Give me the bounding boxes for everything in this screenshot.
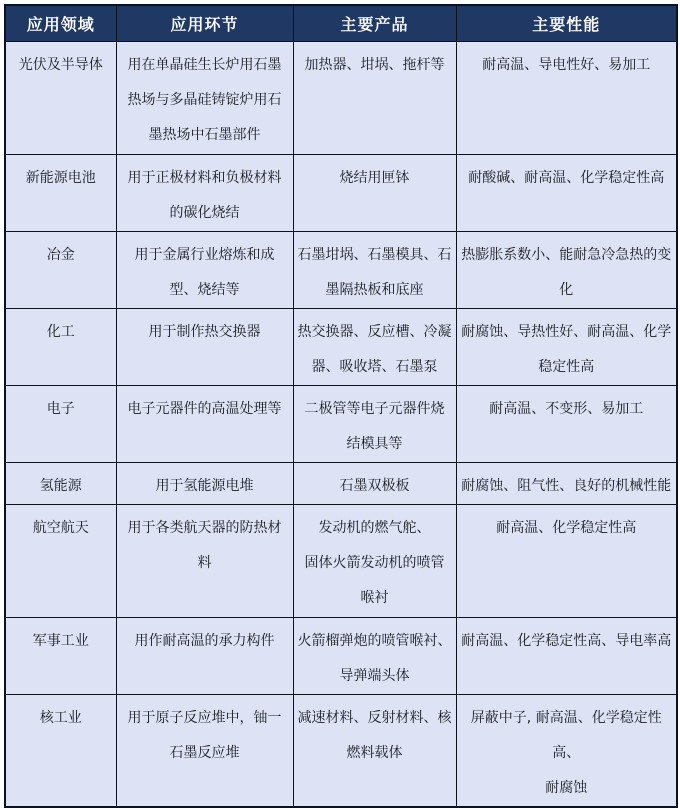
cell-products: 加热器、坩埚、拖杆等 [293,41,456,154]
table-row: 军事工业 用作耐高温的承力构件 火箭榴弹炮的喷管喉衬、 导弹端头体 耐高温、化学… [5,617,677,694]
column-header-field: 应用领域 [5,5,116,41]
cell-products: 二极管等电子元器件烧 结模具等 [293,385,456,462]
cell-field: 冶金 [5,231,116,308]
cell-properties: 耐高温、导电性好、易加工 [456,41,677,154]
cell-properties: 屏蔽中子, 耐高温、化学稳定性高、 耐腐蚀 [456,694,677,807]
cell-field: 氢能源 [5,462,116,504]
cell-properties: 耐腐蚀、阻气性、良好的机械性能 [456,462,677,504]
cell-products: 烧结用匣钵 [293,154,456,231]
graphite-applications-table: 应用领域 应用环节 主要产品 主要性能 光伏及半导体 用在单晶硅生长炉用石墨 热… [4,4,678,808]
cell-properties: 热膨胀系数小、能耐急冷急热的变 化 [456,231,677,308]
cell-products: 石墨坩埚、石墨模具、石 墨隔热板和底座 [293,231,456,308]
cell-stage: 用于氢能源电堆 [116,462,293,504]
cell-products: 发动机的燃气舵、 固体火箭发动机的喷管 喉衬 [293,504,456,617]
cell-properties: 耐酸碱、耐高温、化学稳定性高 [456,154,677,231]
cell-properties: 耐腐蚀、导热性好、耐高温、化学 稳定性高 [456,308,677,385]
column-header-properties: 主要性能 [456,5,677,41]
table-row: 航空航天 用于各类航天器的防热材 料 发动机的燃气舵、 固体火箭发动机的喷管 喉… [5,504,677,617]
cell-field: 核工业 [5,694,116,807]
table-row: 化工 用于制作热交换器 热交换器、反应槽、冷凝 器、吸收塔、石墨泵 耐腐蚀、导热… [5,308,677,385]
cell-properties: 耐高温、不变形、易加工 [456,385,677,462]
header-row: 应用领域 应用环节 主要产品 主要性能 [5,5,677,41]
cell-field: 化工 [5,308,116,385]
cell-field: 航空航天 [5,504,116,617]
cell-products: 石墨双极板 [293,462,456,504]
cell-products: 热交换器、反应槽、冷凝 器、吸收塔、石墨泵 [293,308,456,385]
cell-field: 军事工业 [5,617,116,694]
cell-field: 光伏及半导体 [5,41,116,154]
cell-field: 新能源电池 [5,154,116,231]
cell-products: 火箭榴弹炮的喷管喉衬、 导弹端头体 [293,617,456,694]
cell-stage: 用作耐高温的承力构件 [116,617,293,694]
table-row: 新能源电池 用于正极材料和负极材料 的碳化烧结 烧结用匣钵 耐酸碱、耐高温、化学… [5,154,677,231]
cell-stage: 用于各类航天器的防热材 料 [116,504,293,617]
cell-products: 减速材料、反射材料、核 燃料载体 [293,694,456,807]
page: 应用领域 应用环节 主要产品 主要性能 光伏及半导体 用在单晶硅生长炉用石墨 热… [0,0,680,755]
column-header-stage: 应用环节 [116,5,293,41]
cell-stage: 用于金属行业熔炼和成 型、烧结等 [116,231,293,308]
column-header-products: 主要产品 [293,5,456,41]
cell-stage: 用于正极材料和负极材料 的碳化烧结 [116,154,293,231]
cell-stage: 用于原子反应堆中，铀一 石墨反应堆 [116,694,293,807]
table-row: 电子 电子元器件的高温处理等 二极管等电子元器件烧 结模具等 耐高温、不变形、易… [5,385,677,462]
cell-stage: 用在单晶硅生长炉用石墨 热场与多晶硅铸锭炉用石 墨热场中石墨部件 [116,41,293,154]
table-row: 氢能源 用于氢能源电堆 石墨双极板 耐腐蚀、阻气性、良好的机械性能 [5,462,677,504]
cell-stage: 电子元器件的高温处理等 [116,385,293,462]
cell-stage: 用于制作热交换器 [116,308,293,385]
table-row: 冶金 用于金属行业熔炼和成 型、烧结等 石墨坩埚、石墨模具、石 墨隔热板和底座 … [5,231,677,308]
cell-field: 电子 [5,385,116,462]
cell-properties: 耐高温、化学稳定性高 [456,504,677,617]
table-row: 核工业 用于原子反应堆中，铀一 石墨反应堆 减速材料、反射材料、核 燃料载体 屏… [5,694,677,807]
table-row: 光伏及半导体 用在单晶硅生长炉用石墨 热场与多晶硅铸锭炉用石 墨热场中石墨部件 … [5,41,677,154]
cell-properties: 耐高温、化学稳定性高、导电率高 [456,617,677,694]
